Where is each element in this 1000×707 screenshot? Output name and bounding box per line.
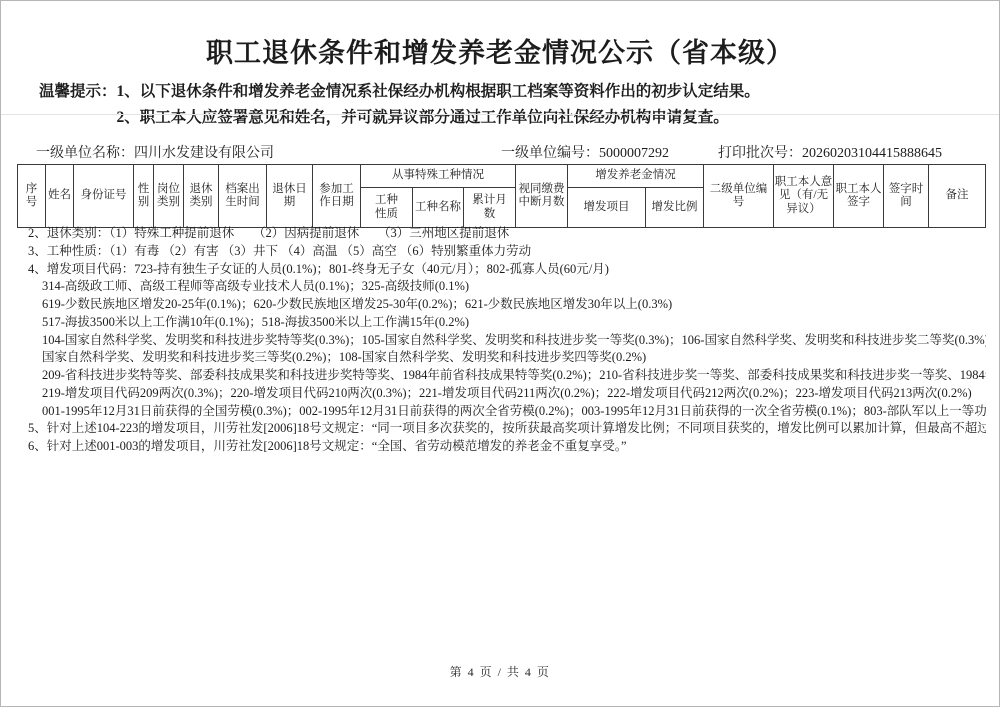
unit-code-label: 一级单位编号：: [501, 146, 599, 161]
tips-label: 温馨提示：: [39, 79, 117, 131]
page-number: 第 4 页 / 共 4 页: [1, 663, 999, 680]
col-header-birth-date: 档案出 生时间: [219, 165, 267, 228]
col-header-seq: 序 号: [18, 165, 46, 228]
note-codes-314-325: 314-高级政工师、高级工程师等高级专业技术人员(0.1%)；325-高级技师(…: [1, 278, 986, 296]
horizontal-divider: [1, 114, 999, 115]
col-header-join-work-date: 参加工 作日期: [313, 165, 361, 228]
unit-code-field: 一级单位编号：5000007292: [501, 142, 669, 162]
col-header-bonus-ratio: 增发比例: [646, 188, 704, 228]
col-header-employee-opinion: 职工本人意 见（有/无 异议）: [774, 165, 834, 228]
col-header-secondary-unit: 二级单位编 号: [704, 165, 774, 228]
note-bonus-codes: 4、增发项目代码：723-持有独生子女证的人员(0.1%)；801-终身无子女（…: [1, 261, 986, 279]
tips-line-1: 1、以下退休条件和增发养老金情况系社保经办机构根据职工档案等资料作出的初步认定结…: [117, 79, 760, 105]
note-codes-001-803: 001-1995年12月31日前获得的全国劳模(0.3%)；002-1995年1…: [1, 403, 986, 421]
col-group-bonus-pension: 增发养老金情况: [568, 165, 704, 188]
col-header-post-type: 岗位 类别: [154, 165, 184, 228]
public-notice-page: 职工退休条件和增发养老金情况公示（省本级） 温馨提示： 1、以下退休条件和增发养…: [0, 0, 1000, 707]
unit-name-value: 四川水发建设有限公司: [134, 146, 274, 161]
col-header-work-nature: 工种 性质: [361, 188, 413, 228]
note-codes-107-108-cont: 国家自然科学奖、发明奖和科技进步奖三等奖(0.2%)；108-国家自然科学奖、发…: [1, 349, 986, 367]
note-rule-104-223: 5、针对上述104-223的增发项目，川劳社发[2006]18号文规定：“同一项…: [1, 420, 986, 438]
note-work-nature: 3、工种性质：（1）有毒 （2）有害 （3）井下 （4）高温 （5）高空 （6）…: [1, 243, 986, 261]
unit-code-value: 5000007292: [599, 146, 669, 161]
tips-lines: 1、以下退休条件和增发养老金情况系社保经办机构根据职工档案等资料作出的初步认定结…: [117, 79, 760, 131]
notes-section: 2、退休类别：（1）特殊工种提前退休 （2）因病提前退休 （3）三州地区提前退休…: [1, 225, 986, 456]
col-header-id-number: 身份证号: [74, 165, 134, 228]
tips-line-2: 2、职工本人应签署意见和姓名，并可就异议部分通过工作单位向社保经办机构申请复查。: [117, 105, 760, 131]
col-header-work-name: 工种名称: [413, 188, 464, 228]
col-header-retire-date: 退休日 期: [267, 165, 313, 228]
col-header-name: 姓名: [46, 165, 74, 228]
note-codes-209-210: 209-省科技进步奖特等奖、部委科技成果奖和科技进步奖特等奖、1984年前省科技…: [1, 367, 986, 385]
col-group-special-work: 从事特殊工种情况: [361, 165, 516, 188]
col-header-employee-signature: 职工本人 签字: [834, 165, 884, 228]
print-batch-label: 打印批次号：: [718, 146, 802, 161]
col-header-sign-time: 签字时 间: [884, 165, 929, 228]
col-header-cumulative-months: 累计月 数: [464, 188, 516, 228]
col-header-bonus-item: 增发项目: [568, 188, 646, 228]
unit-name-field: 一级单位名称：四川水发建设有限公司: [36, 142, 274, 162]
col-header-remark: 备注: [929, 165, 986, 228]
note-codes-104-107: 104-国家自然科学奖、发明奖和科技进步奖特等奖(0.3%)；105-国家自然科…: [1, 332, 986, 350]
print-batch-field: 打印批次号：20260203104415888645: [718, 142, 942, 162]
note-retire-type: 2、退休类别：（1）特殊工种提前退休 （2）因病提前退休 （3）三州地区提前退休: [1, 225, 986, 243]
col-header-retire-type: 退休 类别: [184, 165, 219, 228]
note-codes-517-518: 517-海拔3500米以上工作满10年(0.1%)；518-海拔3500米以上工…: [1, 314, 986, 332]
note-codes-619-621: 619-少数民族地区增发20-25年(0.1%)；620-少数民族地区增发25-…: [1, 296, 986, 314]
unit-name-label: 一级单位名称：: [36, 146, 134, 161]
page-title: 职工退休条件和增发养老金情况公示（省本级）: [1, 31, 999, 70]
note-codes-219-223: 219-增发项目代码209两次(0.3%)；220-增发项目代码210两次(0.…: [1, 385, 986, 403]
col-header-deemed-months: 视同缴费 中断月数: [516, 165, 568, 228]
note-rule-001-003: 6、针对上述001-003的增发项目，川劳社发[2006]18号文规定：“全国、…: [1, 438, 986, 456]
notice-table: 序 号 姓名 身份证号 性 别 岗位 类别 退休 类别 档案出 生时间 退休日 …: [17, 164, 986, 228]
col-header-gender: 性 别: [134, 165, 154, 228]
unit-info-row: 一级单位名称：四川水发建设有限公司 一级单位编号：5000007292 打印批次…: [1, 142, 999, 160]
tips-block: 温馨提示： 1、以下退休条件和增发养老金情况系社保经办机构根据职工档案等资料作出…: [39, 79, 969, 131]
print-batch-value: 20260203104415888645: [802, 146, 942, 161]
